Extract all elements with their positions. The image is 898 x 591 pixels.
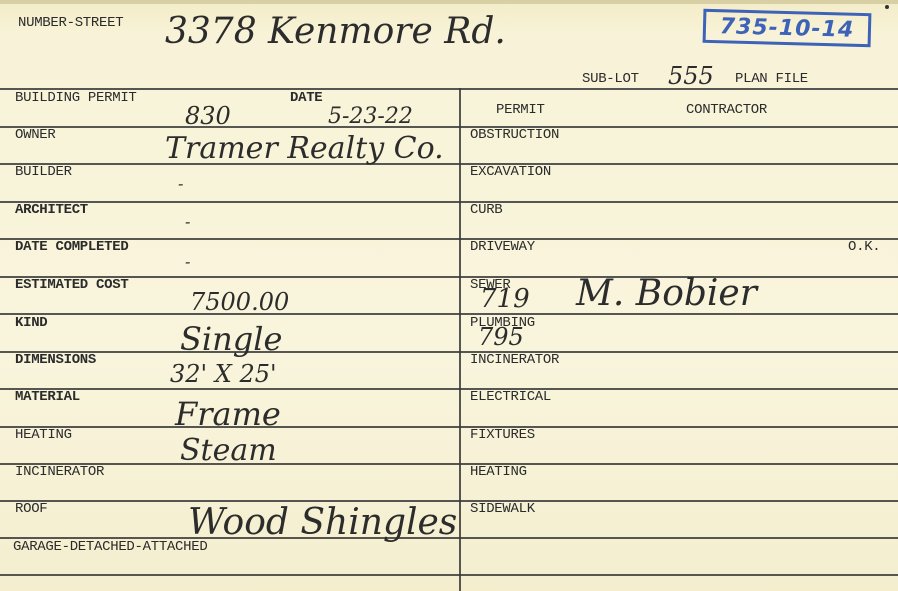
sub-lot-label: SUB-LOT <box>582 71 639 87</box>
dimensions-label: DIMENSIONS <box>15 352 96 368</box>
rule <box>0 574 898 576</box>
date-label: DATE <box>290 90 322 106</box>
rule <box>0 126 898 128</box>
kind-label: KIND <box>15 315 47 331</box>
sewer-contractor: M. Bobier <box>576 276 757 312</box>
rule <box>0 163 898 165</box>
incinerator-right-label: INCINERATOR <box>470 352 559 368</box>
date-completed-value: - <box>185 254 190 270</box>
date-value: 5-23-22 <box>328 106 413 128</box>
rule <box>0 276 898 278</box>
building-permit-value: 830 <box>185 104 231 128</box>
driveway-label: DRIVEWAY <box>470 239 535 255</box>
rule <box>0 238 898 240</box>
heating-right-label: HEATING <box>470 464 527 480</box>
dimensions-value: 32' X 25' <box>170 362 277 386</box>
owner-label: OWNER <box>15 127 56 143</box>
estimated-cost-value: 7500.00 <box>190 290 289 314</box>
roof-label: ROOF <box>15 501 47 517</box>
rule <box>0 426 898 428</box>
driveway-note: O.K. <box>848 239 880 255</box>
building-permit-label: BUILDING PERMIT <box>15 90 137 106</box>
rule <box>0 351 898 353</box>
sidewalk-label: SIDEWALK <box>470 501 535 517</box>
owner-value: Tramer Realty Co. <box>165 134 444 164</box>
incinerator-label: INCINERATOR <box>15 464 104 480</box>
rule <box>0 463 898 465</box>
rule <box>0 388 898 390</box>
builder-value: - <box>178 176 183 192</box>
material-value: Frame <box>175 398 281 430</box>
architect-label: ARCHITECT <box>15 202 88 218</box>
heating-value: Steam <box>180 436 277 466</box>
plan-file-label: PLAN FILE <box>735 71 808 87</box>
curb-label: CURB <box>470 202 502 218</box>
excavation-label: EXCAVATION <box>470 164 551 180</box>
rule <box>0 313 898 315</box>
architect-value: - <box>185 214 190 230</box>
roof-value: Wood Shingles <box>188 505 457 541</box>
estimated-cost-label: ESTIMATED COST <box>15 277 128 293</box>
card-top-edge <box>0 0 898 4</box>
builder-label: BUILDER <box>15 164 72 180</box>
electrical-label: ELECTRICAL <box>470 389 551 405</box>
permit-column-header: PERMIT <box>496 102 545 118</box>
sewer-permit: 719 <box>480 286 530 312</box>
heating-label: HEATING <box>15 427 72 443</box>
contractor-column-header: CONTRACTOR <box>686 102 767 118</box>
rule <box>0 201 898 203</box>
file-number-stamp: 735-10-14 <box>703 9 872 47</box>
garage-label: GARAGE-DETACHED-ATTACHED <box>13 539 207 555</box>
material-label: MATERIAL <box>15 389 80 405</box>
date-completed-label: DATE COMPLETED <box>15 239 128 255</box>
column-divider <box>459 88 461 591</box>
speck <box>885 5 889 9</box>
permit-card: NUMBER-STREET 3378 Kenmore Rd. 735-10-14… <box>0 0 898 591</box>
plumbing-permit: 795 <box>478 325 524 349</box>
obstruction-label: OBSTRUCTION <box>470 127 559 143</box>
sub-lot-value: 555 <box>668 64 714 88</box>
number-street-value: 3378 Kenmore Rd. <box>165 14 506 50</box>
kind-value: Single <box>180 323 282 355</box>
fixtures-label: FIXTURES <box>470 427 535 443</box>
file-number-stamp-text: 735-10-14 <box>706 12 869 44</box>
number-street-label: NUMBER-STREET <box>18 15 123 31</box>
